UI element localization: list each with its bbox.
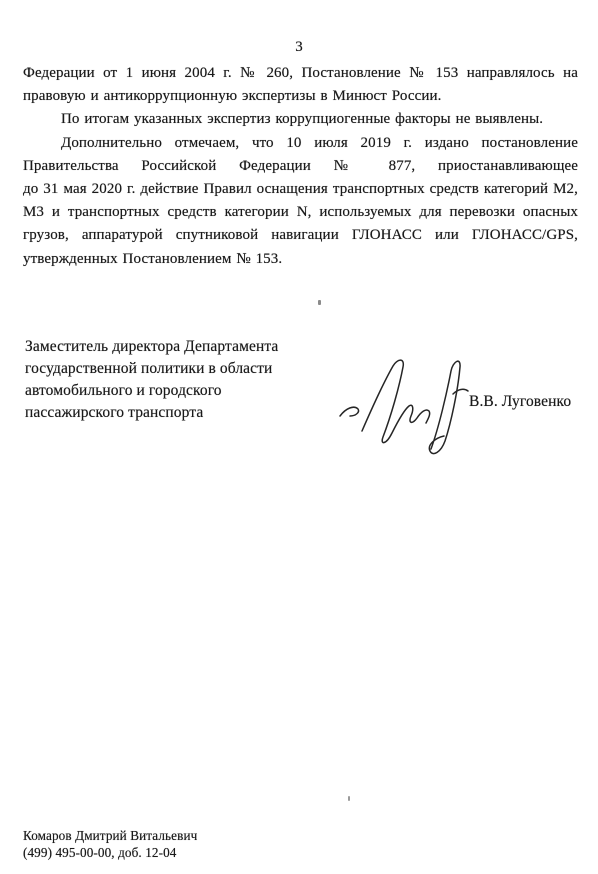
paragraph-line: Дополнительно отмечаем, что 10 июля 2019… — [23, 132, 578, 155]
signature-icon — [335, 350, 475, 460]
signer-title-line: государственной политики в области — [25, 358, 315, 380]
contact-name: Комаров Дмитрий Витальевич — [23, 828, 197, 845]
signer-title-line: автомобильного и городского — [25, 380, 315, 402]
signer-name: В.В. Луговенко — [469, 393, 571, 411]
signer-title-line: пассажирского транспорта — [25, 402, 315, 424]
signer-title: Заместитель директора Департамента госуд… — [25, 336, 315, 424]
scan-speck — [348, 796, 350, 801]
page-number: 3 — [0, 39, 598, 56]
paragraph-line: до 31 мая 2020 г. действие Правил оснаще… — [23, 178, 578, 201]
paragraph-line: правовую и антикоррупционную экспертизы … — [23, 85, 578, 108]
scan-speck — [318, 300, 321, 305]
paragraph-line: утвержденных Постановлением № 153. — [23, 248, 578, 271]
paragraph-line: Правительства Российской Федерации № 877… — [23, 155, 578, 178]
contact-phone: (499) 495-00-00, доб. 12-04 — [23, 845, 197, 862]
paragraph-line: грузов, аппаратурой спутниковой навигаци… — [23, 224, 578, 247]
signer-title-line: Заместитель директора Департамента — [25, 336, 315, 358]
paragraph-line: По итогам указанных экспертиз коррупциог… — [23, 108, 578, 131]
paragraph-line: Федерации от 1 июня 2004 г. № 260, Поста… — [23, 62, 578, 85]
paragraph-line: М3 и транспортных средств категории N, и… — [23, 201, 578, 224]
footer-contact: Комаров Дмитрий Витальевич (499) 495-00-… — [23, 828, 197, 861]
body-text: Федерации от 1 июня 2004 г. № 260, Поста… — [23, 62, 578, 271]
document-page: 3 Федерации от 1 июня 2004 г. № 260, Пос… — [0, 0, 598, 874]
